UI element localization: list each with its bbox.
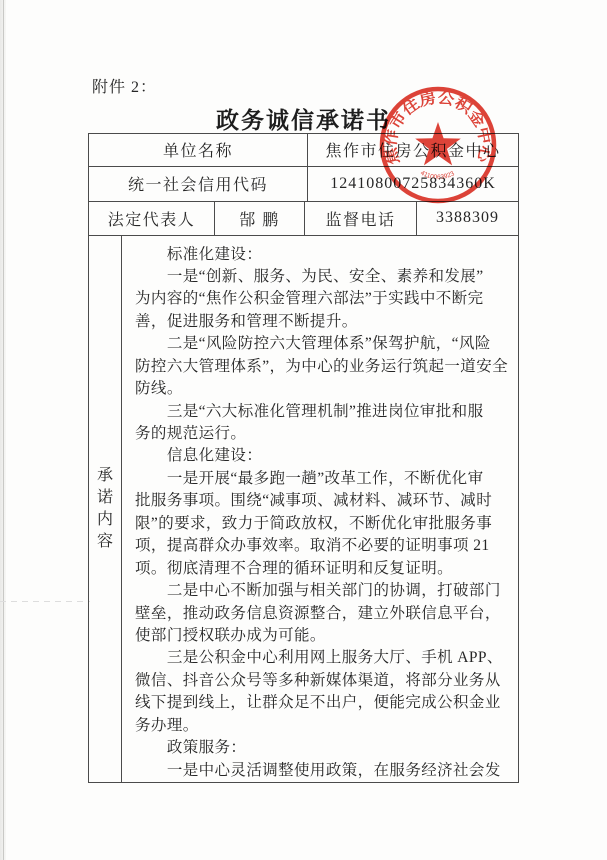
commitment-label-char: 容 bbox=[97, 534, 113, 550]
text-line: 信息化建设： bbox=[135, 445, 508, 467]
text-line: 防线。 bbox=[135, 378, 508, 400]
text-line: 壁垒，推动政务信息资源整合，建立外联信息平台， bbox=[135, 603, 508, 625]
text-line: 二是“风险防控六大管理体系”保驾护航，“风险 bbox=[135, 333, 508, 355]
text-line: 使部门授权联办成为可能。 bbox=[135, 625, 508, 647]
text-line: 微信、抖音公众号等多种新媒体渠道，将部分业务从 bbox=[135, 670, 508, 692]
text-line: 一是开展“最多跑一趟”改革工作，不断优化审 bbox=[135, 468, 508, 490]
text-line: 二是中心不断加强与相关部门的协调，打破部门 bbox=[135, 580, 508, 602]
commitment-label-char: 承 bbox=[97, 468, 113, 484]
commitment-label: 承 诺 内 容 bbox=[89, 236, 122, 783]
text-line: 项，提高群众办事效率。取消不必要的证明事项 21 bbox=[135, 535, 508, 557]
text-line: 一是中心灵活调整使用政策，在服务经济社会发 bbox=[135, 760, 508, 782]
seal-code-text: 4110063923 bbox=[419, 170, 456, 181]
document-page: { "page": { "attachment_label": "附件 2：",… bbox=[0, 0, 607, 860]
text-line: 批服务事项。围绕“减事项、减材料、减环节、减时 bbox=[135, 490, 508, 512]
commitment-label-char: 内 bbox=[97, 512, 113, 528]
text-line: 为内容的“焦作公积金管理六部法”于实践中不断完 bbox=[135, 288, 508, 310]
text-line: 务的规范运行。 bbox=[135, 423, 508, 445]
text-line: 标准化建设： bbox=[135, 244, 508, 266]
unit-name-label: 单位名称 bbox=[89, 134, 308, 166]
text-line: 三是公积金中心利用网上服务大厅、手机 APP、 bbox=[135, 647, 508, 669]
commitment-content: 标准化建设： 一是“创新、服务、为民、安全、素养和发展”为内容的“焦作公积金管理… bbox=[122, 236, 518, 783]
page-title: 政务诚信承诺书 bbox=[0, 102, 607, 135]
text-line: 善，促进服务和管理不断提升。 bbox=[135, 311, 508, 333]
credit-code-label: 统一社会信用代码 bbox=[89, 167, 308, 201]
table-row: 承 诺 内 容 标准化建设： 一是“创新、服务、为民、安全、素养和发展”为内容的… bbox=[89, 236, 518, 783]
text-line: 一是“创新、服务、为民、安全、素养和发展” bbox=[135, 266, 508, 288]
text-line: 防控六大管理体系”，为中心的业务运行筑起一道安全 bbox=[135, 356, 508, 378]
seal-graphic: 焦作市住房公积金中心 4110063923 bbox=[376, 83, 500, 207]
text-line: 线下提到线上，让群众足不出户，便能完成公积金业 bbox=[135, 692, 508, 714]
text-line: 限”的要求，致力于简政放权，不断优化审批服务事 bbox=[135, 513, 508, 535]
text-line: 项。彻底清理不合理的循环证明和反复证明。 bbox=[135, 558, 508, 580]
text-line: 务办理。 bbox=[135, 715, 508, 737]
text-line: 政策服务： bbox=[135, 737, 508, 759]
commitment-label-char: 诺 bbox=[97, 490, 113, 506]
scan-line-artifact bbox=[0, 601, 90, 602]
attachment-label: 附件 2： bbox=[92, 74, 157, 97]
seal-star-icon bbox=[415, 122, 461, 165]
legal-rep-label: 法定代表人 bbox=[89, 202, 215, 235]
official-seal: 焦作市住房公积金中心 4110063923 bbox=[376, 83, 500, 207]
commitment-table: 单位名称 焦作市住房公积金中心 统一社会信用代码 124108007258343… bbox=[88, 133, 519, 783]
text-line: 三是“六大标准化管理机制”推进岗位审批和服 bbox=[135, 401, 508, 423]
legal-rep-value: 郜 鹏 bbox=[215, 202, 305, 235]
